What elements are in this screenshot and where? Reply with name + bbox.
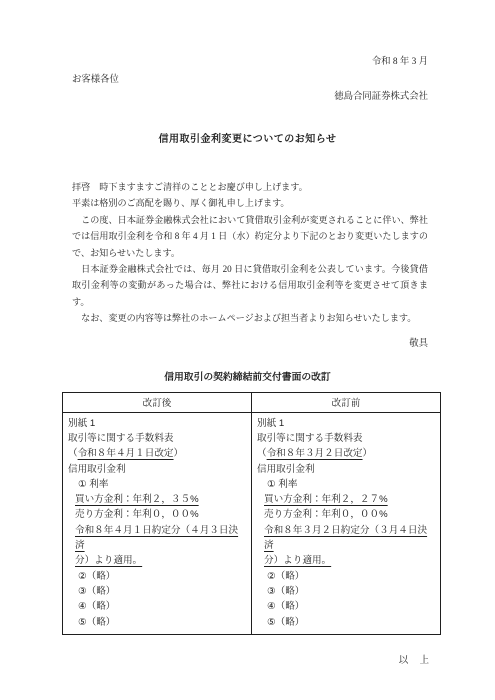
document-title: 信用取引金利変更についてのお知らせ <box>0 133 495 146</box>
cell-text: ） <box>363 448 373 459</box>
cell-text: 信用取引金利 <box>68 464 126 475</box>
table-cell-line: ②（略） <box>257 569 436 584</box>
cell-text: 売り方金利：年利０，００% <box>264 509 388 520</box>
body-paragraph: 平素は格別のご高配を賜り、厚く御礼申し上げます。 <box>72 195 428 211</box>
body-paragraph: 拝啓 時下ますますご清祥のこととお慶び申し上げます。 <box>72 179 428 195</box>
underlined-text: 買い方金利：年利２，３５% <box>75 494 199 505</box>
table-cell-line: 信用取引金利 <box>257 462 436 477</box>
section-title: 信用取引の契約締結前交付書面の改訂 <box>0 371 495 384</box>
table-cell-line: （令和８年３月２日改定） <box>257 446 436 461</box>
cell-text: 別紙 1 <box>68 418 95 429</box>
table-cell-line: 令和８年４月１日約定分（４月３日決済 分）より適用。 <box>68 523 247 569</box>
table-cell-line: 買い方金利：年利２，３５% <box>68 492 247 507</box>
cell-text: ） <box>174 448 184 459</box>
underlined-text: 令和８年３月２日改定 <box>267 448 363 459</box>
revision-comparison-table: 改訂後 改訂前 別紙 1取引等に関する手数料表（令和８年４月１日改定）信用取引金… <box>62 392 441 635</box>
table-cell-line: 取引等に関する手数料表 <box>257 431 436 446</box>
cell-text: ① 利率 <box>267 479 297 490</box>
revision-table-header-after: 改訂後 <box>63 392 252 412</box>
table-cell-line: ④（略） <box>257 599 436 614</box>
table-cell-line: ③（略） <box>68 584 247 599</box>
underlined-text: 令和８年３月２日約定分（３月４日決済 分）より適用。 <box>264 525 427 567</box>
cell-text: ⑤（略） <box>78 617 115 628</box>
table-cell-line: 売り方金利：年利０，００% <box>68 507 247 522</box>
cell-text: 売り方金利：年利０，００% <box>75 509 199 520</box>
recipient-line: お客様各位 <box>72 74 495 86</box>
cell-text: ④（略） <box>78 601 115 612</box>
table-cell-line: ③（略） <box>257 584 436 599</box>
cell-text: ②（略） <box>267 571 304 582</box>
body-paragraphs: 拝啓 時下ますますご清祥のこととお慶び申し上げます。平素は格別のご高配を賜り、厚… <box>72 179 428 327</box>
body-paragraph: この度、日本証券金融株式会社において貸借取引金利が変更されることに伴い、弊社では… <box>72 212 428 261</box>
revised-before-cell: 別紙 1取引等に関する手数料表（令和８年３月２日改定）信用取引金利① 利率買い方… <box>252 412 441 634</box>
table-cell-line: 売り方金利：年利０，００% <box>257 507 436 522</box>
cell-text: 取引等に関する手数料表 <box>257 433 363 444</box>
table-cell-line: 信用取引金利 <box>68 462 247 477</box>
table-cell-line: ②（略） <box>68 569 247 584</box>
cell-text: （ <box>257 448 267 459</box>
table-cell-line: 令和８年３月２日約定分（３月４日決済 分）より適用。 <box>257 523 436 569</box>
table-cell-line: ⑤（略） <box>68 615 247 630</box>
cell-text: （ <box>68 448 78 459</box>
cell-text: 信用取引金利 <box>257 464 315 475</box>
end-mark: 以 上 <box>0 655 430 667</box>
table-cell-line: ① 利率 <box>68 477 247 492</box>
cell-text: 取引等に関する手数料表 <box>68 433 174 444</box>
body-paragraph: 日本証券金融株式会社では、毎月 20 日に貸借取引金利を公表しています。今後貸借… <box>72 261 428 310</box>
table-cell-line: ④（略） <box>68 599 247 614</box>
table-cell-line: 別紙 1 <box>68 416 247 431</box>
revised-after-cell: 別紙 1取引等に関する手数料表（令和８年４月１日改定）信用取引金利① 利率買い方… <box>63 412 252 634</box>
company-name: 徳島合同証券株式会社 <box>0 91 428 103</box>
body-paragraph: なお、変更の内容等は弊社のホームページおよび担当者よりお知らせいたします。 <box>72 310 428 326</box>
table-cell-line: 買い方金利：年利２，２７% <box>257 492 436 507</box>
cell-text: ⑤（略） <box>267 617 304 628</box>
underlined-text: 買い方金利：年利２，２７% <box>264 494 388 505</box>
cell-text: ②（略） <box>78 571 115 582</box>
table-cell-line: ⑤（略） <box>257 615 436 630</box>
underlined-text: 令和８年４月１日改定 <box>78 448 174 459</box>
table-cell-line: ① 利率 <box>257 477 436 492</box>
cell-text: ③（略） <box>267 586 304 597</box>
document-date: 令和 8 年 3 月 <box>0 0 495 68</box>
closing-word: 敬具 <box>0 338 428 350</box>
document-page: 令和 8 年 3 月 お客様各位 徳島合同証券株式会社 信用取引金利変更について… <box>0 0 495 700</box>
table-cell-line: 別紙 1 <box>257 416 436 431</box>
table-cell-line: （令和８年４月１日改定） <box>68 446 247 461</box>
revision-table-header-before: 改訂前 <box>252 392 441 412</box>
underlined-text: 令和８年４月１日約定分（４月３日決済 分）より適用。 <box>75 525 238 567</box>
cell-text: ④（略） <box>267 601 304 612</box>
cell-text: 別紙 1 <box>257 418 284 429</box>
table-cell-line: 取引等に関する手数料表 <box>68 431 247 446</box>
cell-text: ① 利率 <box>78 479 108 490</box>
cell-text: ③（略） <box>78 586 115 597</box>
